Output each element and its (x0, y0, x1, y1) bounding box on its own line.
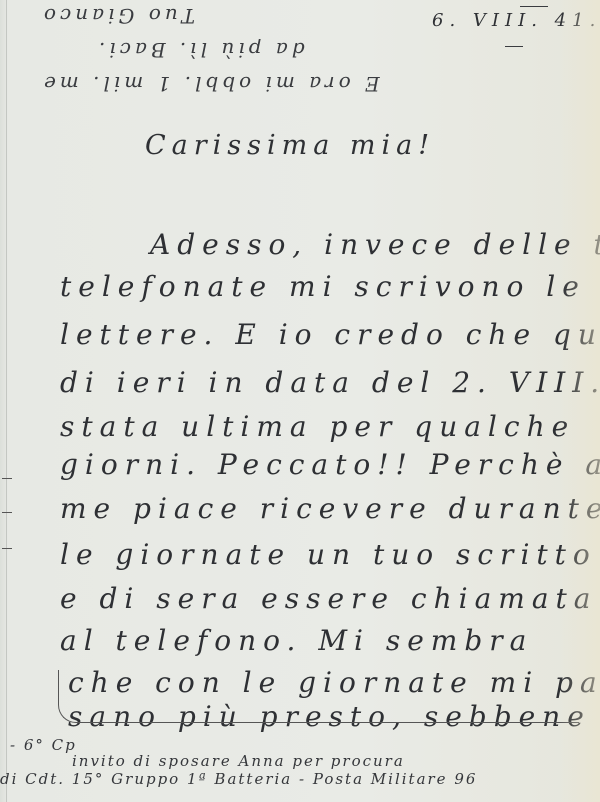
salutation: Carissima mia! (145, 130, 435, 161)
margin-tick (2, 478, 12, 479)
margin-tick (2, 512, 12, 513)
body-line: e di sera essere chiamata (60, 582, 597, 615)
body-line: di ieri in data del 2. VIII. sia (60, 366, 600, 399)
body-line: me piace ricevere durante (60, 492, 600, 525)
postscript-line: E ora mi obbl. 1 mil. me (40, 72, 380, 96)
margin-bracket (58, 670, 579, 723)
body-line: lettere. E io credo che quella (60, 318, 600, 351)
date-underline (505, 46, 523, 47)
body-line: giorni. Peccato!! Perchè a (60, 448, 600, 481)
body-line: al telefono. Mi sembra (60, 624, 533, 657)
footer-note: invito di sposare Anna per procura (72, 752, 405, 770)
body-line: telefonate mi scrivono le tue (60, 270, 600, 303)
margin-tick (2, 548, 12, 549)
footer-address: di Cdt. 15° Gruppo 1ª Batteria - Posta M… (0, 770, 477, 788)
date-overline (520, 6, 548, 7)
postscript-line: da più lì. Baci. (95, 38, 305, 62)
footer-note: - 6° Cp (10, 736, 77, 754)
letter-date: 6. VIII. 41. (432, 10, 600, 31)
body-line: le giornate un tuo scritto (60, 538, 597, 571)
body-line: stata ultima per qualche (60, 410, 575, 443)
body-line: Adesso, invece delle tue (150, 228, 600, 261)
postscript-signature: Tuo Gianco (40, 4, 195, 28)
letter-page: Tuo Gianco da più lì. Baci. E ora mi obb… (0, 0, 600, 802)
